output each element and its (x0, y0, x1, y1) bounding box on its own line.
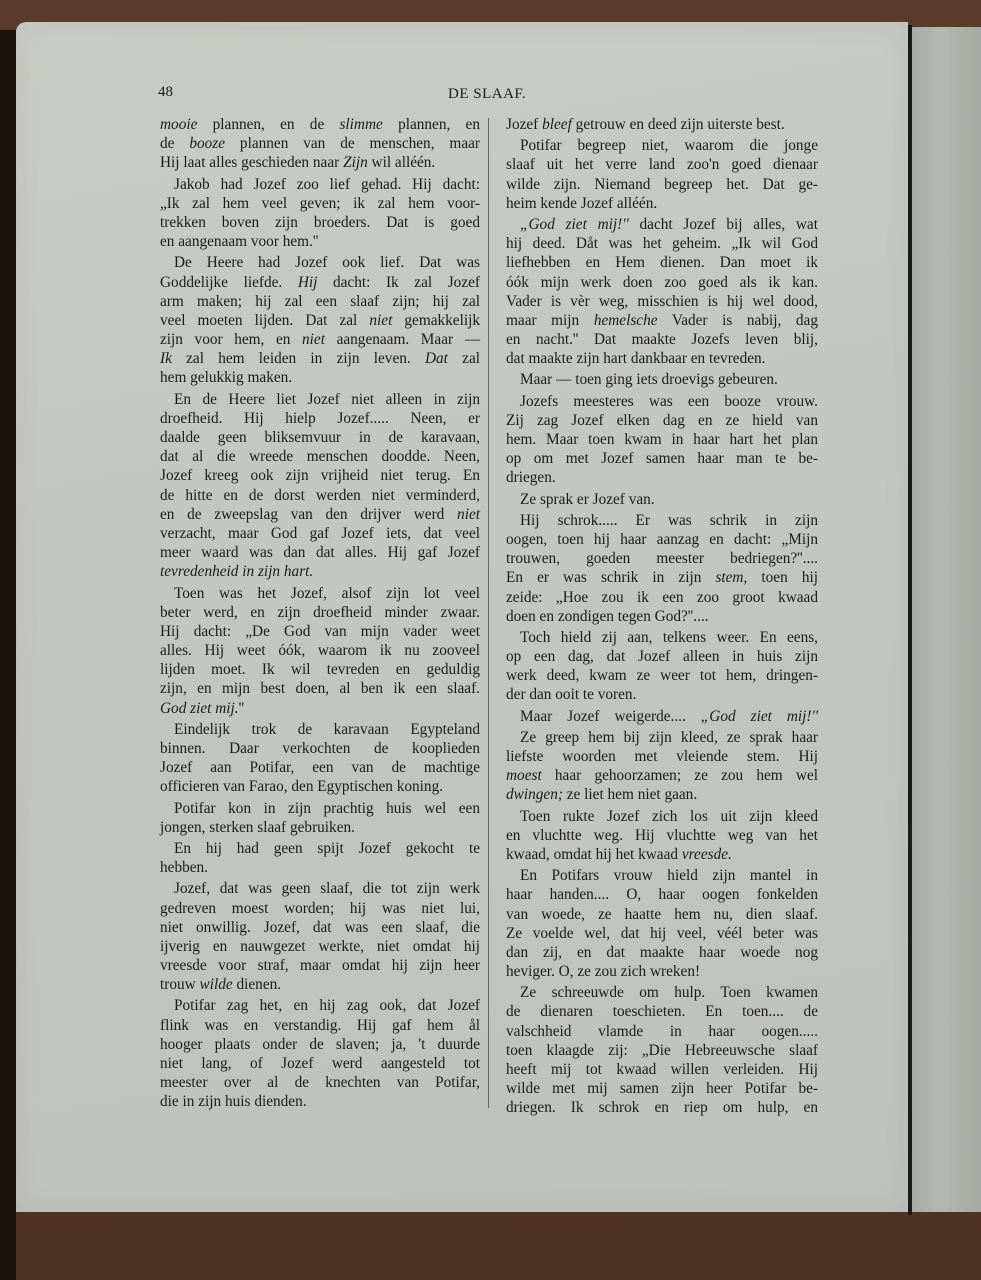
text-line: Ik zal hem leiden in zijn leven. Dat zal (160, 349, 480, 368)
text-line: Jozef kreeg ook zijn vrijheid niet terug… (160, 466, 480, 485)
text-line: binnen. Daar verkochten de kooplieden (160, 739, 480, 758)
left-text-column: mooie plannen, en de slimme plannen, end… (160, 115, 480, 1112)
text-line: doen en zondigen tegen God?''.... (506, 607, 818, 626)
text-line: veel moeten lijden. Dat zal niet gemakke… (160, 311, 480, 330)
text-line: valschheid vlamde in haar oogen..... (506, 1022, 818, 1041)
text-line: zijn, en mijn best doen, al ben ik een s… (160, 679, 480, 698)
text-line: En de Heere liet Jozef niet alleen in zi… (160, 390, 480, 409)
text-line: Zij zag Jozef elken dag en ze hield van (506, 411, 818, 430)
text-line: verzacht, maar God gaf Jozef iets, dat v… (160, 524, 480, 543)
text-line: Hij schrok..... Er was schrik in zijn (506, 511, 818, 530)
text-line: hem gelukkig maken. (160, 368, 480, 387)
text-line: en aangenaam voor hem.'' (160, 232, 480, 251)
text-line: droefheid. Hij hielp Jozef..... Neen, er (160, 409, 480, 428)
text-line: Ze greep hem bij zijn kleed, ze sprak ha… (506, 728, 818, 747)
text-line: Ze voelde wel, dat hij veel, véél beter … (506, 924, 818, 943)
text-line: „Ik zal hem veel geven; ik zal hem voor- (160, 194, 480, 213)
text-line: En er was schrik in zijn stem, toen hij (506, 568, 818, 587)
text-line: Potifar kon in zijn prachtig huis wel ee… (160, 799, 480, 818)
text-line: Ze sprak er Jozef van. (506, 490, 818, 509)
text-line: dan zij, en dat maakte haar woede nog (506, 943, 818, 962)
column-divider (488, 118, 489, 1108)
text-line: Potifar zag het, en hij zag ook, dat Joz… (160, 996, 480, 1015)
text-line: officieren van Farao, den Egyptischen ko… (160, 777, 480, 796)
page-gap (908, 25, 912, 1215)
text-line: ijverig en nauwgezet werkte, niet omdat … (160, 937, 480, 956)
text-line: flink was en verstandig. Hij gaf hem ål (160, 1016, 480, 1035)
text-line: Eindelijk trok de karavaan Egypteland (160, 720, 480, 739)
text-line: jongen, sterken slaaf gebruiken. (160, 818, 480, 837)
text-line: driegen. (506, 468, 818, 487)
text-line: Vader is vèr weg, misschien is hij wel d… (506, 292, 818, 311)
text-line: en de zweepslag van den drijver werd nie… (160, 505, 480, 524)
text-line: alles. Hij weet óók, waarom ik nu zoovee… (160, 641, 480, 660)
text-line: toen klaagde zij: „Die Hebreeuwsche slaa… (506, 1041, 818, 1060)
text-line: zeide: „Hoe zou ik een zoo groot kwaad (506, 588, 818, 607)
text-line: Jakob had Jozef zoo lief gehad. Hij dach… (160, 175, 480, 194)
text-line: op om met Jozef samen haar man te be- (506, 449, 818, 468)
text-line: Jozefs meesteres was een booze vrouw. (506, 392, 818, 411)
text-line: slaaf uit het verre land zoo'n goed dien… (506, 155, 818, 174)
text-line: wilde zijn. Niemand begreep het. Dat ge- (506, 175, 818, 194)
text-line: beter werd, en zijn droefheid minder zwa… (160, 603, 480, 622)
text-line: tevredenheid in zijn hart. (160, 562, 480, 581)
text-line: De Heere had Jozef ook lief. Dat was (160, 253, 480, 272)
text-line: Maar — toen ging iets droevigs gebeuren. (506, 370, 818, 389)
text-line: vreesde voor straf, maar omdat hij zijn … (160, 956, 480, 975)
text-line: dat al die wreede menschen doodde. Neen, (160, 447, 480, 466)
text-line: hooger plaats onder de slaven; ja, 't du… (160, 1035, 480, 1054)
text-line: de dienaren toeschieten. En toen.... de (506, 1002, 818, 1021)
text-line: óók mijn werk doen zoo goed als ik kan. (506, 273, 818, 292)
text-line: dat maakte zijn hart dankbaar en tevrede… (506, 349, 818, 368)
text-line: gedreven moest worden; hij was niet lui, (160, 899, 480, 918)
text-line: hem. Maar toen kwam in haar hart het pla… (506, 430, 818, 449)
text-line: arm maken; hij zal een slaaf zijn; hij z… (160, 292, 480, 311)
background-shadow (0, 30, 16, 1280)
text-line: heim kende Jozef alléén. (506, 194, 818, 213)
text-line: Jozef aan Potifar, een van de machtige (160, 758, 480, 777)
text-line: en vluchtte weg. Hij vluchtte weg van he… (506, 826, 818, 845)
text-line: Jozef, dat was geen slaaf, die tot zijn … (160, 879, 480, 898)
text-line: oogen, toen hij haar aanzag en dacht: „M… (506, 530, 818, 549)
text-line: Toch hield zij aan, telkens weer. En een… (506, 628, 818, 647)
text-line: heviger. O, ze zou zich wreken! (506, 962, 818, 981)
text-line: lijden moet. Ik wil tevreden en geduldig (160, 660, 480, 679)
text-line: mooie plannen, en de slimme plannen, en (160, 115, 480, 134)
text-line: Goddelijke liefde. Hij dacht: Ik zal Joz… (160, 273, 480, 292)
text-line: heeft mij tot kwaad willen verleiden. Hi… (506, 1060, 818, 1079)
text-line: op een dag, dat Jozef alleen in huis zij… (506, 647, 818, 666)
text-line: niet lang, of Jozef werd aangesteld tot (160, 1054, 480, 1073)
text-line: God ziet mij.'' (160, 699, 480, 718)
text-line: trouw wilde dienen. (160, 975, 480, 994)
text-line: wilde met mij samen zijn heer Potifar be… (506, 1079, 818, 1098)
text-line: Potifar begreep niet, waarom die jonge (506, 136, 818, 155)
text-line: trekken boven zijn broeders. Dat is goed (160, 213, 480, 232)
text-line: die in zijn huis dienden. (160, 1092, 480, 1111)
text-line: zijn voor hem, en niet aangenaam. Maar — (160, 330, 480, 349)
text-line: moest haar gehoorzamen; ze zou hem wel (506, 766, 818, 785)
text-line: dwingen; ze liet hem niet gaan. (506, 785, 818, 804)
text-line: maar mijn hemelsche Vader is nabij, dag (506, 311, 818, 330)
text-line: En Potifars vrouw hield zijn mantel in (506, 866, 818, 885)
right-text-column: Jozef bleef getrouw en deed zijn uiterst… (506, 115, 818, 1118)
book-cover-edge (912, 27, 981, 1212)
page-number: 48 (158, 84, 173, 101)
text-line: hij deed. Dåt was het geheim. „Ik wil Go… (506, 234, 818, 253)
text-line: daalde geen bliksemvuur in de karavaan, (160, 428, 480, 447)
text-line: van woede, ze haatte hem nu, dien slaaf. (506, 905, 818, 924)
text-line: liefhebben en Hem dienen. Dan moet ik (506, 253, 818, 272)
text-line: werk deed, kwam ze weer tot hem, dringen… (506, 666, 818, 685)
text-line: Toen rukte Jozef zich los uit zijn kleed (506, 807, 818, 826)
text-line: kwaad, omdat hij het kwaad vreesde. (506, 845, 818, 864)
text-line: Hij dacht: „De God van mijn vader weet (160, 622, 480, 641)
text-line: driegen. Ik schrok en riep om hulp, en (506, 1098, 818, 1117)
text-line: de booze plannen van de menschen, maar (160, 134, 480, 153)
text-line: niet onwillig. Jozef, dat was een slaaf,… (160, 918, 480, 937)
text-line: haar handen.... O, haar oogen fonkelden (506, 885, 818, 904)
text-line: liefste woorden met vleiende stem. Hij (506, 747, 818, 766)
text-line: „God ziet mij!'' dacht Jozef bij alles, … (506, 215, 818, 234)
text-line: Maar Jozef weigerde.... „God ziet mij!'' (506, 707, 818, 726)
text-line: en nacht.'' Dat maakte Jozefs leven blij… (506, 330, 818, 349)
text-line: meester over al de knechten van Potifar, (160, 1073, 480, 1092)
text-line: Toen was het Jozef, alsof zijn lot veel (160, 584, 480, 603)
running-title: DE SLAAF. (448, 86, 526, 103)
text-line: meer waard was dan dat alles. Hij gaf Jo… (160, 543, 480, 562)
text-line: de hitte en de dorst werden niet vermind… (160, 486, 480, 505)
text-line: trouwen, goeden meester bedriegen?''.... (506, 549, 818, 568)
text-line: der dan ooit te voren. (506, 685, 818, 704)
text-line: Ze schreeuwde om hulp. Toen kwamen (506, 983, 818, 1002)
text-line: Jozef bleef getrouw en deed zijn uiterst… (506, 115, 818, 134)
text-line: hebben. (160, 858, 480, 877)
text-line: Hij laat alles geschieden naar Zijn wil … (160, 153, 480, 172)
text-line: En hij had geen spijt Jozef gekocht te (160, 839, 480, 858)
